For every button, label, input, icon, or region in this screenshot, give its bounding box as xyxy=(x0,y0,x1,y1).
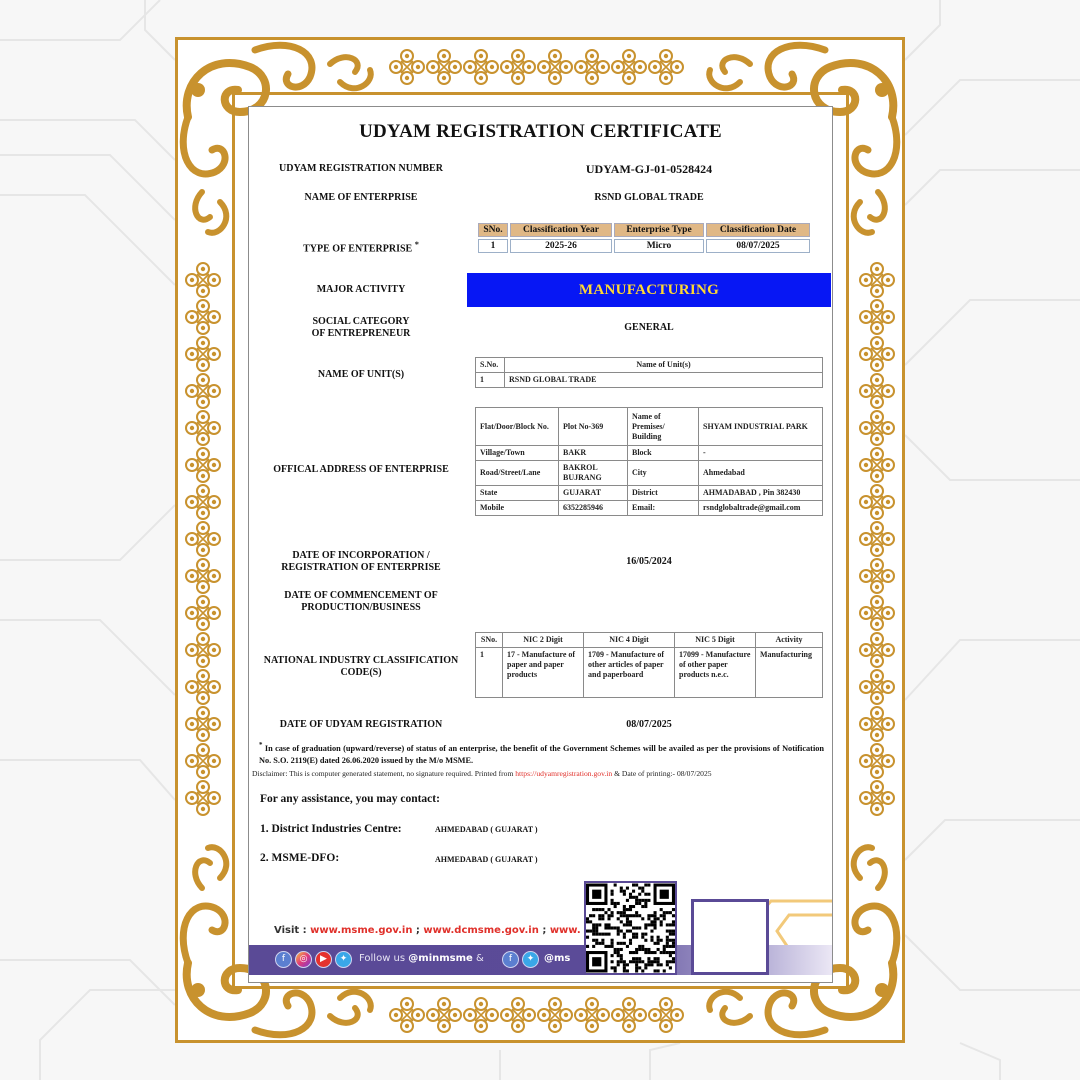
cell-key: State xyxy=(476,486,559,501)
udyam-date-label: DATE OF UDYAM REGISTRATION xyxy=(263,719,459,731)
cell-classification-date: 08/07/2025 xyxy=(706,239,810,253)
major-activity-label: MAJOR ACTIVITY xyxy=(263,284,459,296)
dcmsme-link[interactable]: www.dcmsme.gov.in xyxy=(423,925,538,936)
header-nic-5-digit: NIC 5 Digit xyxy=(675,633,756,648)
address-label: OFFICAL ADDRESS OF ENTERPRISE xyxy=(259,464,463,476)
cell-key: Email: xyxy=(628,501,699,516)
cell-sno: 1 xyxy=(476,648,503,698)
header-classification-year: Classification Year xyxy=(510,223,612,237)
units-table: S.No. Name of Unit(s) 1 RSND GLOBAL TRAD… xyxy=(475,357,823,388)
header-sno: SNo. xyxy=(478,223,508,237)
cell-value: AHMADABAD , Pin 382430 xyxy=(699,486,823,501)
cell-key: District xyxy=(628,486,699,501)
nic-table: SNo. NIC 2 Digit NIC 4 Digit NIC 5 Digit… xyxy=(475,632,823,698)
cell-value: BAKROL BUJRANG xyxy=(559,461,628,486)
msme-dfo-contact-value: AHMEDABAD ( GUJARAT ) xyxy=(435,855,538,864)
header-unit-name: Name of Unit(s) xyxy=(505,358,823,373)
header-nic-2-digit: NIC 2 Digit xyxy=(503,633,584,648)
facebook-icon[interactable]: f xyxy=(502,951,519,968)
follow-handle[interactable]: @minmsme xyxy=(408,953,473,964)
cell-key: Road/Street/Lane xyxy=(476,461,559,486)
follow-handle-2: @ms xyxy=(544,953,570,964)
qr-code xyxy=(584,881,677,975)
table-row: Flat/Door/Block No. Plot No-369 Name of … xyxy=(476,408,823,446)
cell-value: - xyxy=(699,446,823,461)
cell-key: Flat/Door/Block No. xyxy=(476,408,559,446)
footnote-marker: * xyxy=(415,240,419,249)
header-sno: SNo. xyxy=(476,633,503,648)
header-nic-4-digit: NIC 4 Digit xyxy=(584,633,675,648)
cell-classification-year: 2025-26 xyxy=(510,239,612,253)
assistance-heading: For any assistance, you may contact: xyxy=(260,793,440,805)
cell-enterprise-type: Micro xyxy=(614,239,704,253)
cell-key: Village/Town xyxy=(476,446,559,461)
major-activity-value: MANUFACTURING xyxy=(467,273,831,307)
dic-contact-label: 1. District Industries Centre: xyxy=(260,823,402,835)
enterprise-type-label-text: TYPE OF ENTERPRISE xyxy=(303,243,412,254)
commencement-date-label: DATE OF COMMENCEMENT OF PRODUCTION/BUSIN… xyxy=(263,590,459,614)
instagram-icon[interactable]: ◎ xyxy=(295,951,312,968)
cell-value: 6352285946 xyxy=(559,501,628,516)
disclaimer: Disclaimer: This is computer generated s… xyxy=(252,769,712,778)
udyam-date-value: 08/07/2025 xyxy=(467,719,831,730)
address-table: Flat/Door/Block No. Plot No-369 Name of … xyxy=(475,407,823,516)
cell-nic-4-digit: 1709 - Manufacture of other articles of … xyxy=(584,648,675,698)
twitter-icon[interactable]: ✦ xyxy=(335,951,352,968)
cell-activity: Manufacturing xyxy=(756,648,823,698)
cell-nic-5-digit: 17099 - Manufacture of other paper produ… xyxy=(675,648,756,698)
header-classification-date: Classification Date xyxy=(706,223,810,237)
footnote-marker: * xyxy=(259,742,262,749)
msme-dfo-contact-label: 2. MSME-DFO: xyxy=(260,852,339,864)
classification-header-row: SNo. Classification Year Enterprise Type… xyxy=(478,223,810,237)
visit-prefix: Visit : xyxy=(274,925,310,936)
enterprise-type-label: TYPE OF ENTERPRISE * xyxy=(263,239,459,255)
header-activity: Activity xyxy=(756,633,823,648)
dic-contact-value: AHMEDABAD ( GUJARAT ) xyxy=(435,825,538,834)
follow-us-text: Follow us @minmsme & xyxy=(359,953,484,964)
disclaimer-suffix: & Date of printing:- 08/07/2025 xyxy=(612,769,711,778)
cell-key: Mobile xyxy=(476,501,559,516)
certificate-document: UDYAM REGISTRATION CERTIFICATE UDYAM REG… xyxy=(248,106,833,983)
photo-placeholder xyxy=(691,899,769,975)
cell-value: Plot No-369 xyxy=(559,408,628,446)
cell-sno: 1 xyxy=(476,373,505,388)
social-category-label: SOCIAL CATEGORY OF ENTREPRENEUR xyxy=(309,316,413,340)
header-enterprise-type: Enterprise Type xyxy=(614,223,704,237)
cell-key: Name of Premises/ Building xyxy=(628,408,699,446)
certificate-title: UDYAM REGISTRATION CERTIFICATE xyxy=(249,121,832,143)
cell-key: Block xyxy=(628,446,699,461)
cell-nic-2-digit: 17 - Manufacture of paper and paper prod… xyxy=(503,648,584,698)
qr-code-image xyxy=(586,883,675,973)
cell-key: City xyxy=(628,461,699,486)
nic-code-label: NATIONAL INDUSTRY CLASSIFICATION CODE(S) xyxy=(263,655,459,679)
table-row: Road/Street/Lane BAKROL BUJRANG City Ahm… xyxy=(476,461,823,486)
cell-sno: 1 xyxy=(478,239,508,253)
table-row: State GUJARAT District AHMADABAD , Pin 3… xyxy=(476,486,823,501)
nic-header-row: SNo. NIC 2 Digit NIC 4 Digit NIC 5 Digit… xyxy=(476,633,823,648)
table-row: 1 RSND GLOBAL TRADE xyxy=(476,373,823,388)
follow-handle-2-text[interactable]: @ms xyxy=(544,953,570,964)
enterprise-name-value: RSND GLOBAL TRADE xyxy=(467,192,831,203)
classification-table: SNo. Classification Year Enterprise Type… xyxy=(476,221,812,255)
cell-value: Ahmedabad xyxy=(699,461,823,486)
footnote-text: In case of graduation (upward/reverse) o… xyxy=(259,744,824,765)
facebook-icon[interactable]: f xyxy=(275,951,292,968)
cell-value: rsndglobaltrade@gmail.com xyxy=(699,501,823,516)
disclaimer-prefix: Disclaimer: This is computer generated s… xyxy=(252,769,515,778)
incorporation-date-label: DATE OF INCORPORATION / REGISTRATION OF … xyxy=(263,550,459,574)
udyam-registration-link[interactable]: https://udyamregistration.gov.in xyxy=(515,769,612,778)
social-category-value: GENERAL xyxy=(467,322,831,333)
table-row: 1 17 - Manufacture of paper and paper pr… xyxy=(476,648,823,698)
header-sno: S.No. xyxy=(476,358,505,373)
cell-value: SHYAM INDUSTRIAL PARK xyxy=(699,408,823,446)
incorporation-date-value: 16/05/2024 xyxy=(467,556,831,567)
youtube-icon[interactable]: ▶ xyxy=(315,951,332,968)
enterprise-name-label: NAME OF ENTERPRISE xyxy=(263,192,459,204)
graduation-footnote: * In case of graduation (upward/reverse)… xyxy=(259,740,824,767)
follow-label: Follow us xyxy=(359,953,408,964)
cell-value: BAKR xyxy=(559,446,628,461)
msme-link[interactable]: www.msme.gov.in xyxy=(310,925,412,936)
follow-and: & xyxy=(473,953,484,964)
table-row: Mobile 6352285946 Email: rsndglobaltrade… xyxy=(476,501,823,516)
registration-number-label: UDYAM REGISTRATION NUMBER xyxy=(263,163,459,175)
units-header-row: S.No. Name of Unit(s) xyxy=(476,358,823,373)
cell-value: GUJARAT xyxy=(559,486,628,501)
registration-number-value: UDYAM-GJ-01-0528424 xyxy=(467,162,831,177)
units-label: NAME OF UNIT(S) xyxy=(263,369,459,381)
twitter-icon[interactable]: ✦ xyxy=(522,951,539,968)
third-link[interactable]: www. xyxy=(550,925,581,936)
table-row: Village/Town BAKR Block - xyxy=(476,446,823,461)
cell-unit-name: RSND GLOBAL TRADE xyxy=(505,373,823,388)
table-row: 1 2025-26 Micro 08/07/2025 xyxy=(478,239,810,253)
